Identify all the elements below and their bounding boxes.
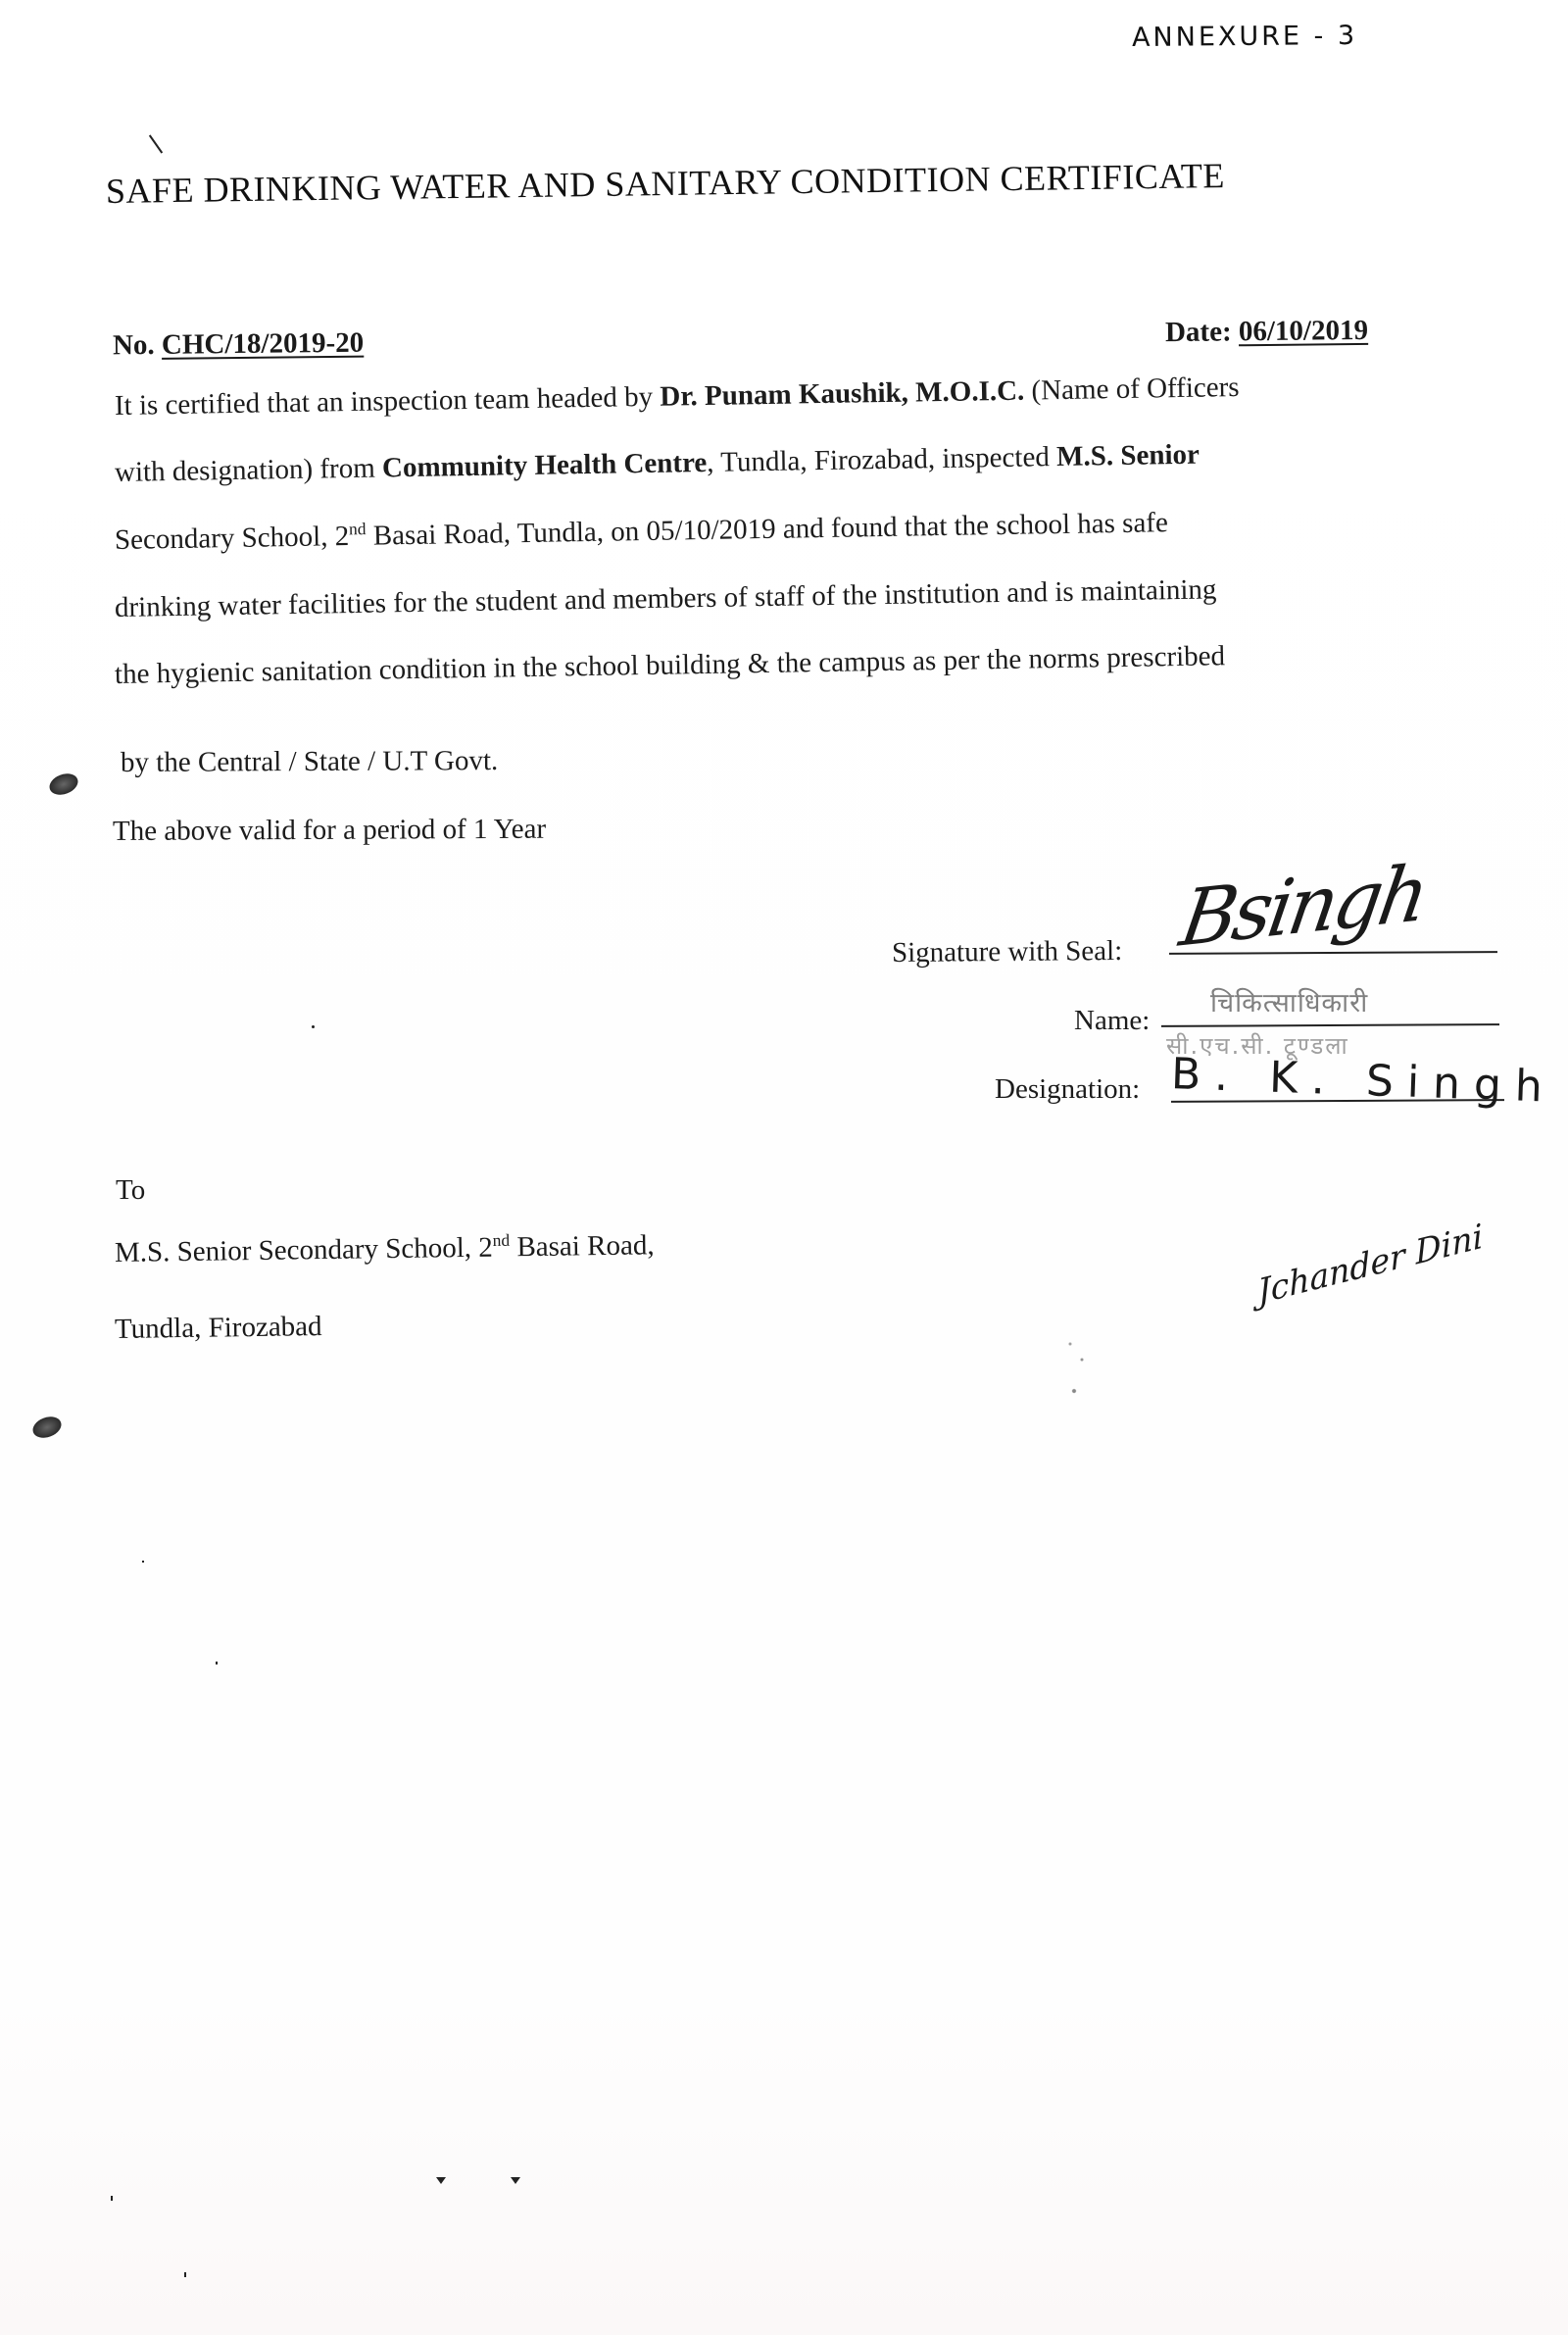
scan-speck bbox=[312, 1025, 315, 1028]
date-value: 06/10/2019 bbox=[1239, 315, 1368, 347]
scan-speck bbox=[111, 2196, 113, 2201]
handwritten-designation: B. K. Singh bbox=[1170, 1049, 1556, 1113]
ordinal-suffix: nd bbox=[493, 1230, 511, 1250]
faint-stamp-mark bbox=[1058, 1328, 1098, 1407]
scan-speck bbox=[216, 1662, 218, 1664]
date-label: Date: bbox=[1165, 316, 1232, 348]
reference-value: CHC/18/2019-20 bbox=[162, 327, 365, 361]
reference-number: No. CHC/18/2019-20 bbox=[113, 327, 365, 363]
signature-label: Signature with Seal: bbox=[892, 935, 1122, 969]
recipient-address-line-1: M.S. Senior Secondary School, 2nd Basai … bbox=[115, 1229, 655, 1269]
school-name: M.S. Senior bbox=[1056, 439, 1200, 472]
body-line-1: It is certified that an inspection team … bbox=[115, 372, 1240, 422]
ordinal-suffix: nd bbox=[349, 519, 367, 538]
body-line-4: drinking water facilities for the studen… bbox=[115, 573, 1217, 624]
second-handwritten-signature: Jchander Dini bbox=[1256, 1217, 1484, 1313]
validity-statement: The above valid for a period of 1 Year bbox=[113, 814, 546, 848]
body-line-3: Secondary School, 2nd Basai Road, Tundla… bbox=[115, 507, 1168, 557]
institution-name: Community Health Centre bbox=[382, 447, 708, 483]
body-text: (Name of Officers bbox=[1024, 372, 1240, 407]
punch-hole-icon bbox=[29, 1413, 64, 1441]
certificate-title: SAFE DRINKING WATER AND SANITARY CONDITI… bbox=[106, 155, 1225, 212]
address-text: Basai Road, bbox=[510, 1229, 655, 1263]
scan-speck bbox=[142, 1561, 144, 1563]
name-label: Name: bbox=[1074, 1005, 1150, 1037]
name-line bbox=[1161, 1023, 1499, 1027]
scan-speck bbox=[436, 2177, 446, 2184]
recipient-to-label: To bbox=[116, 1174, 145, 1207]
body-text: Basai Road, Tundla, on 05/10/2019 and fo… bbox=[366, 507, 1168, 552]
scan-speck bbox=[511, 2177, 520, 2184]
body-text: Secondary School, 2 bbox=[115, 521, 350, 556]
scan-speck bbox=[184, 2272, 186, 2277]
body-line-5: the hygienic sanitation condition in the… bbox=[115, 640, 1226, 691]
punch-hole-icon bbox=[46, 770, 80, 798]
body-line-6: by the Central / State / U.T Govt. bbox=[121, 745, 498, 779]
body-text: with designation) from bbox=[115, 452, 383, 488]
handwritten-signature: Bsingh bbox=[1174, 849, 1431, 965]
pen-mark bbox=[149, 134, 163, 153]
designation-label: Designation: bbox=[995, 1073, 1140, 1106]
issue-date: Date: 06/10/2019 bbox=[1165, 315, 1368, 349]
recipient-address-line-2: Tundla, Firozabad bbox=[115, 1311, 322, 1346]
body-text: , Tundla, Firozabad, inspected bbox=[707, 441, 1056, 478]
reference-prefix: No. bbox=[113, 329, 155, 361]
officer-name: Dr. Punam Kaushik, M.O.I.C. bbox=[660, 375, 1024, 413]
address-text: M.S. Senior Secondary School, 2 bbox=[115, 1232, 493, 1268]
annexure-label: ANNEXURE - 3 bbox=[1132, 21, 1357, 53]
official-stamp-line-1: चिकित्साधिकारी bbox=[1210, 983, 1368, 1019]
body-line-2: with designation) from Community Health … bbox=[115, 439, 1200, 489]
body-text: It is certified that an inspection team … bbox=[115, 381, 661, 422]
